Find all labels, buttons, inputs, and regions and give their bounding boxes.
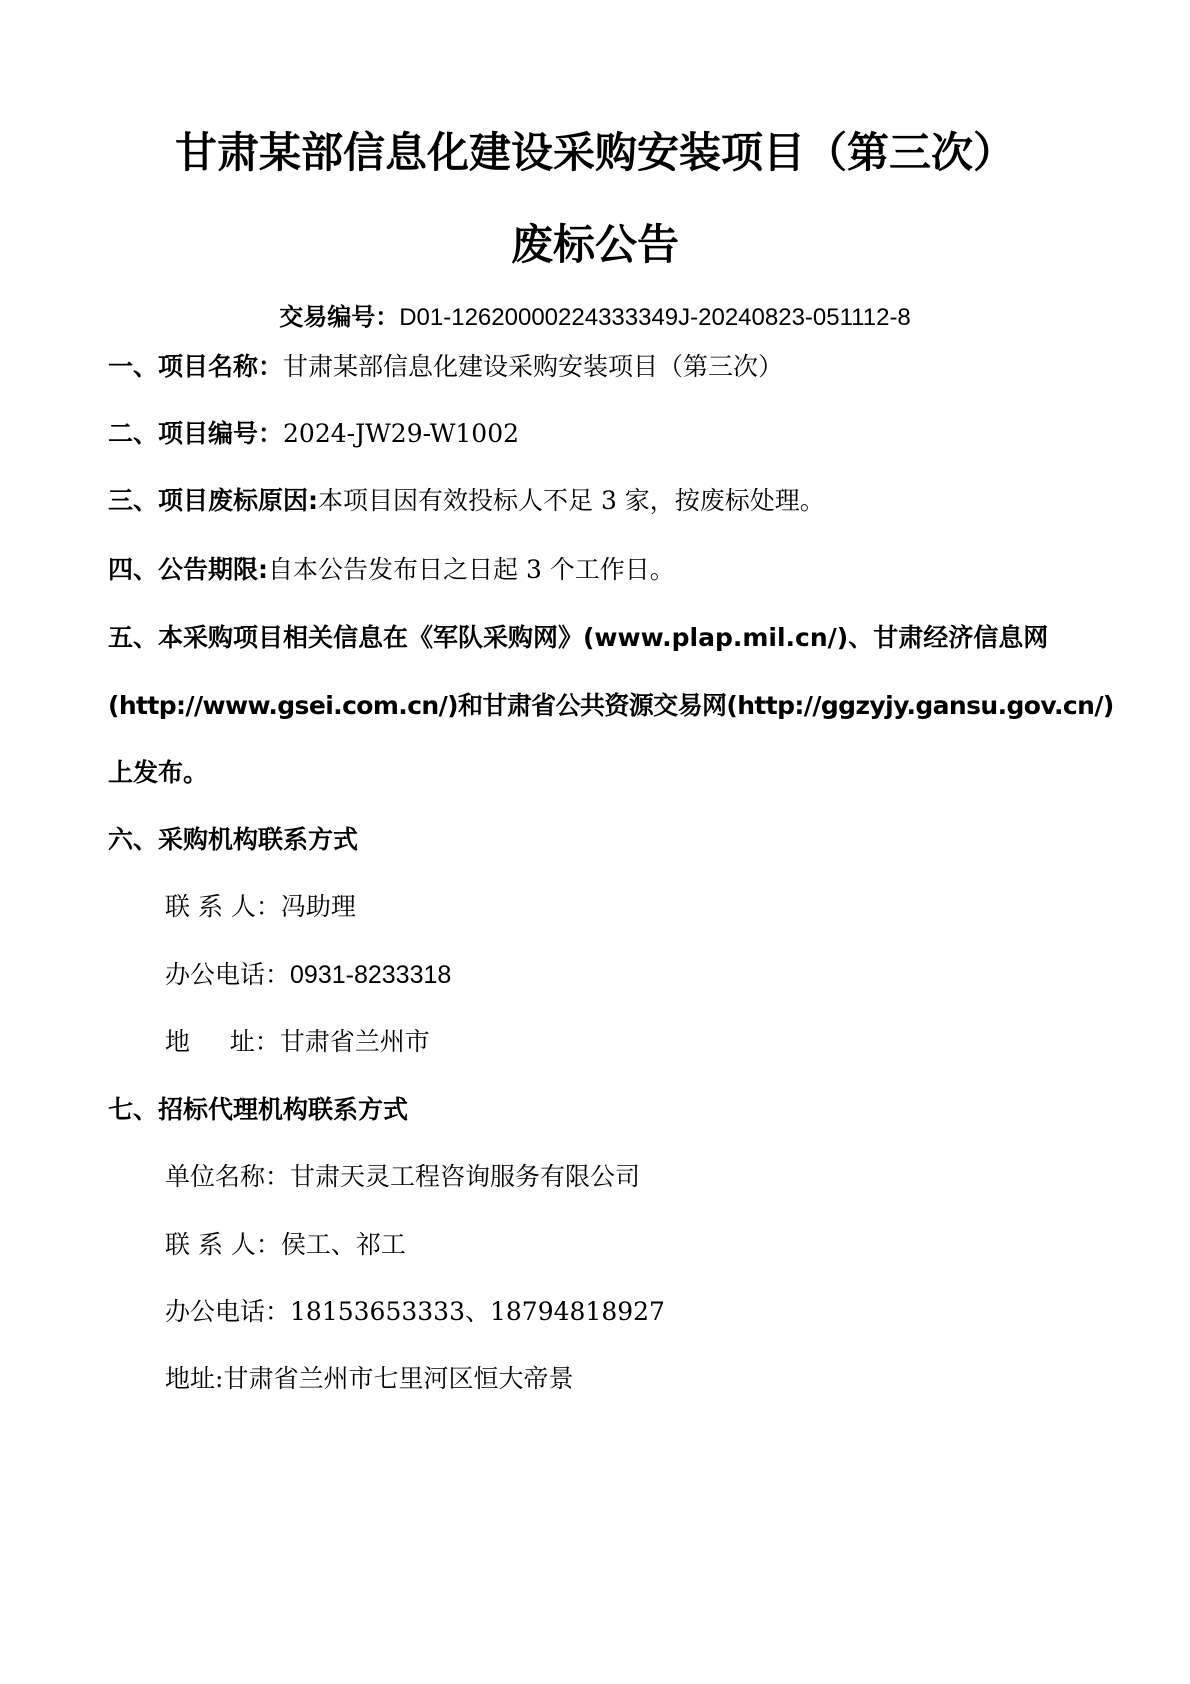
section-value: 2024-JW29-W1002 [283,419,519,448]
document-title-line1: 甘肃某部信息化建设采购安装项目（第三次） [0,120,1190,180]
section-value: 甘肃某部信息化建设采购安装项目（第三次） [283,352,783,381]
section-label: 四、公告期限: [108,555,268,584]
field-label: 联 系 人： [165,892,281,921]
section-publish-sites-line3: 上发布。 [108,753,208,789]
section-notice-period: 四、公告期限:自本公告发布日之日起 3 个工作日。 [108,550,675,586]
field-value: 侯工、祁工 [281,1230,406,1259]
field-label: 联 系 人： [165,1230,281,1259]
field-label: 地 址： [165,1027,280,1056]
document-title-line2: 废标公告 [0,212,1190,272]
field-value: 冯助理 [281,892,356,921]
section-value: 自本公告发布日之日起 3 个工作日。 [268,555,675,584]
agency-org-name: 单位名称：甘肃天灵工程咨询服务有限公司 [165,1157,640,1193]
transaction-label: 交易编号： [279,303,399,331]
section-publish-sites-line1: 五、本采购项目相关信息在《军队采购网》(www.plap.mil.cn/)、甘肃… [108,618,1048,654]
field-value: 甘肃省兰州市七里河区恒大帝景 [223,1364,573,1393]
section-project-number: 二、项目编号：2024-JW29-W1002 [108,414,519,450]
field-label: 办公电话： [165,960,290,989]
procurement-contact-person: 联 系 人：冯助理 [165,887,356,923]
transaction-number: 交易编号：D01-12620000224333349J-20240823-051… [0,297,1190,332]
field-label: 办公电话： [165,1297,290,1326]
section-project-name: 一、项目名称：甘肃某部信息化建设采购安装项目（第三次） [108,347,783,383]
procurement-contact-phone: 办公电话：0931-8233318 [165,955,451,991]
field-value: 0931-8233318 [290,961,451,989]
section-label: 三、项目废标原因: [108,486,318,515]
agency-contact-phone: 办公电话：18153653333、18794818927 [165,1292,665,1328]
section-rejection-reason: 三、项目废标原因:本项目因有效投标人不足 3 家，按废标处理。 [108,481,825,517]
section-publish-sites-line2: (http://www.gsei.com.cn/)和甘肃省公共资源交易网(htt… [108,686,1114,722]
document-page: 甘肃某部信息化建设采购安装项目（第三次） 废标公告 交易编号：D01-12620… [0,0,1190,1684]
procurement-contact-address: 地 址：甘肃省兰州市 [165,1022,430,1058]
procurement-contact-heading: 六、采购机构联系方式 [108,820,358,856]
field-value: 甘肃天灵工程咨询服务有限公司 [290,1162,640,1191]
section-value: 本项目因有效投标人不足 3 家，按废标处理。 [318,486,825,515]
field-label: 单位名称： [165,1162,290,1191]
field-value: 甘肃省兰州市 [280,1027,430,1056]
field-value: 18153653333、18794818927 [290,1297,665,1326]
agency-contact-heading: 七、招标代理机构联系方式 [108,1090,408,1126]
agency-contact-address: 地址:甘肃省兰州市七里河区恒大帝景 [165,1359,573,1395]
field-label: 地址: [165,1364,223,1393]
section-label: 二、项目编号： [108,419,283,448]
section-label: 一、项目名称： [108,352,283,381]
agency-contact-person: 联 系 人：侯工、祁工 [165,1225,406,1261]
transaction-value: D01-12620000224333349J-20240823-051112-8 [399,304,911,331]
